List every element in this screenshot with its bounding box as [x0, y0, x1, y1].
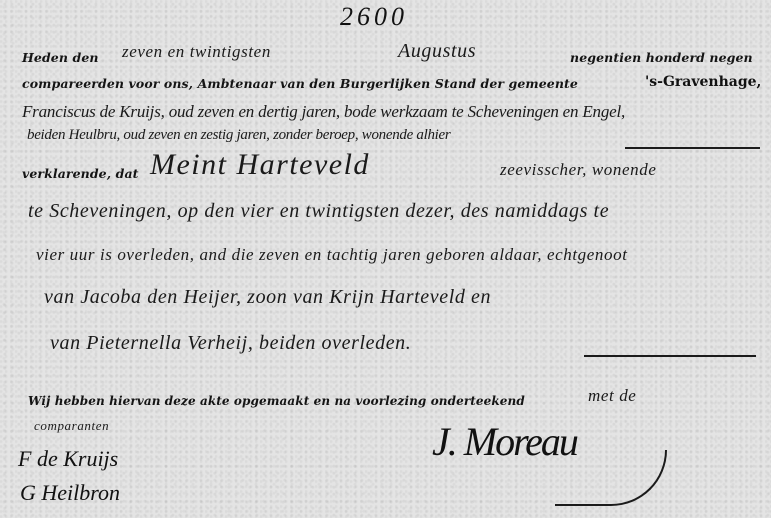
record-number: 2600 — [340, 2, 408, 32]
printed-verklarende: verklarende, dat — [22, 166, 139, 181]
handwritten-occupation: zeevisscher, wonende — [500, 160, 656, 180]
municipality-name: 's-Gravenhage, — [645, 74, 761, 90]
handwritten-closing-end: met de — [588, 386, 636, 406]
handwritten-line-7: vier uur is overleden, and die zeven en … — [36, 245, 628, 265]
printed-closing: Wij hebben hiervan deze akte opgemaakt e… — [28, 394, 525, 408]
printed-year: negentien honderd negen — [570, 50, 753, 65]
handwritten-month: Augustus — [398, 40, 476, 63]
handwritten-comparanten: comparanten — [34, 418, 109, 434]
handwritten-declarant-2: beiden Heulbru, oud zeven en zestig jare… — [27, 127, 450, 144]
handwritten-line-6: te Scheveningen, op den vier en twintigs… — [28, 200, 609, 223]
printed-compareerden: compareerden voor ons, Ambtenaar van den… — [22, 76, 578, 91]
signature-witness-1: F de Kruijs — [18, 446, 118, 472]
handwritten-line-9: van Pieternella Verheij, beiden overlede… — [50, 332, 411, 355]
line-4-rule — [625, 147, 760, 149]
printed-heden-den: Heden den — [22, 50, 99, 65]
civil-record-page: 2600 Heden den zeven en twintigsten Augu… — [0, 0, 771, 518]
line-9-rule — [584, 355, 756, 357]
handwritten-declarant-1: Franciscus de Kruijs, oud zeven en derti… — [22, 102, 625, 122]
handwritten-line-8: van Jacoba den Heijer, zoon van Krijn Ha… — [44, 286, 491, 309]
handwritten-day: zeven en twintigsten — [122, 42, 271, 62]
signature-flourish — [555, 450, 667, 506]
handwritten-deceased-name: Meint Harteveld — [150, 148, 370, 182]
signature-witness-2: G Heilbron — [20, 480, 120, 506]
